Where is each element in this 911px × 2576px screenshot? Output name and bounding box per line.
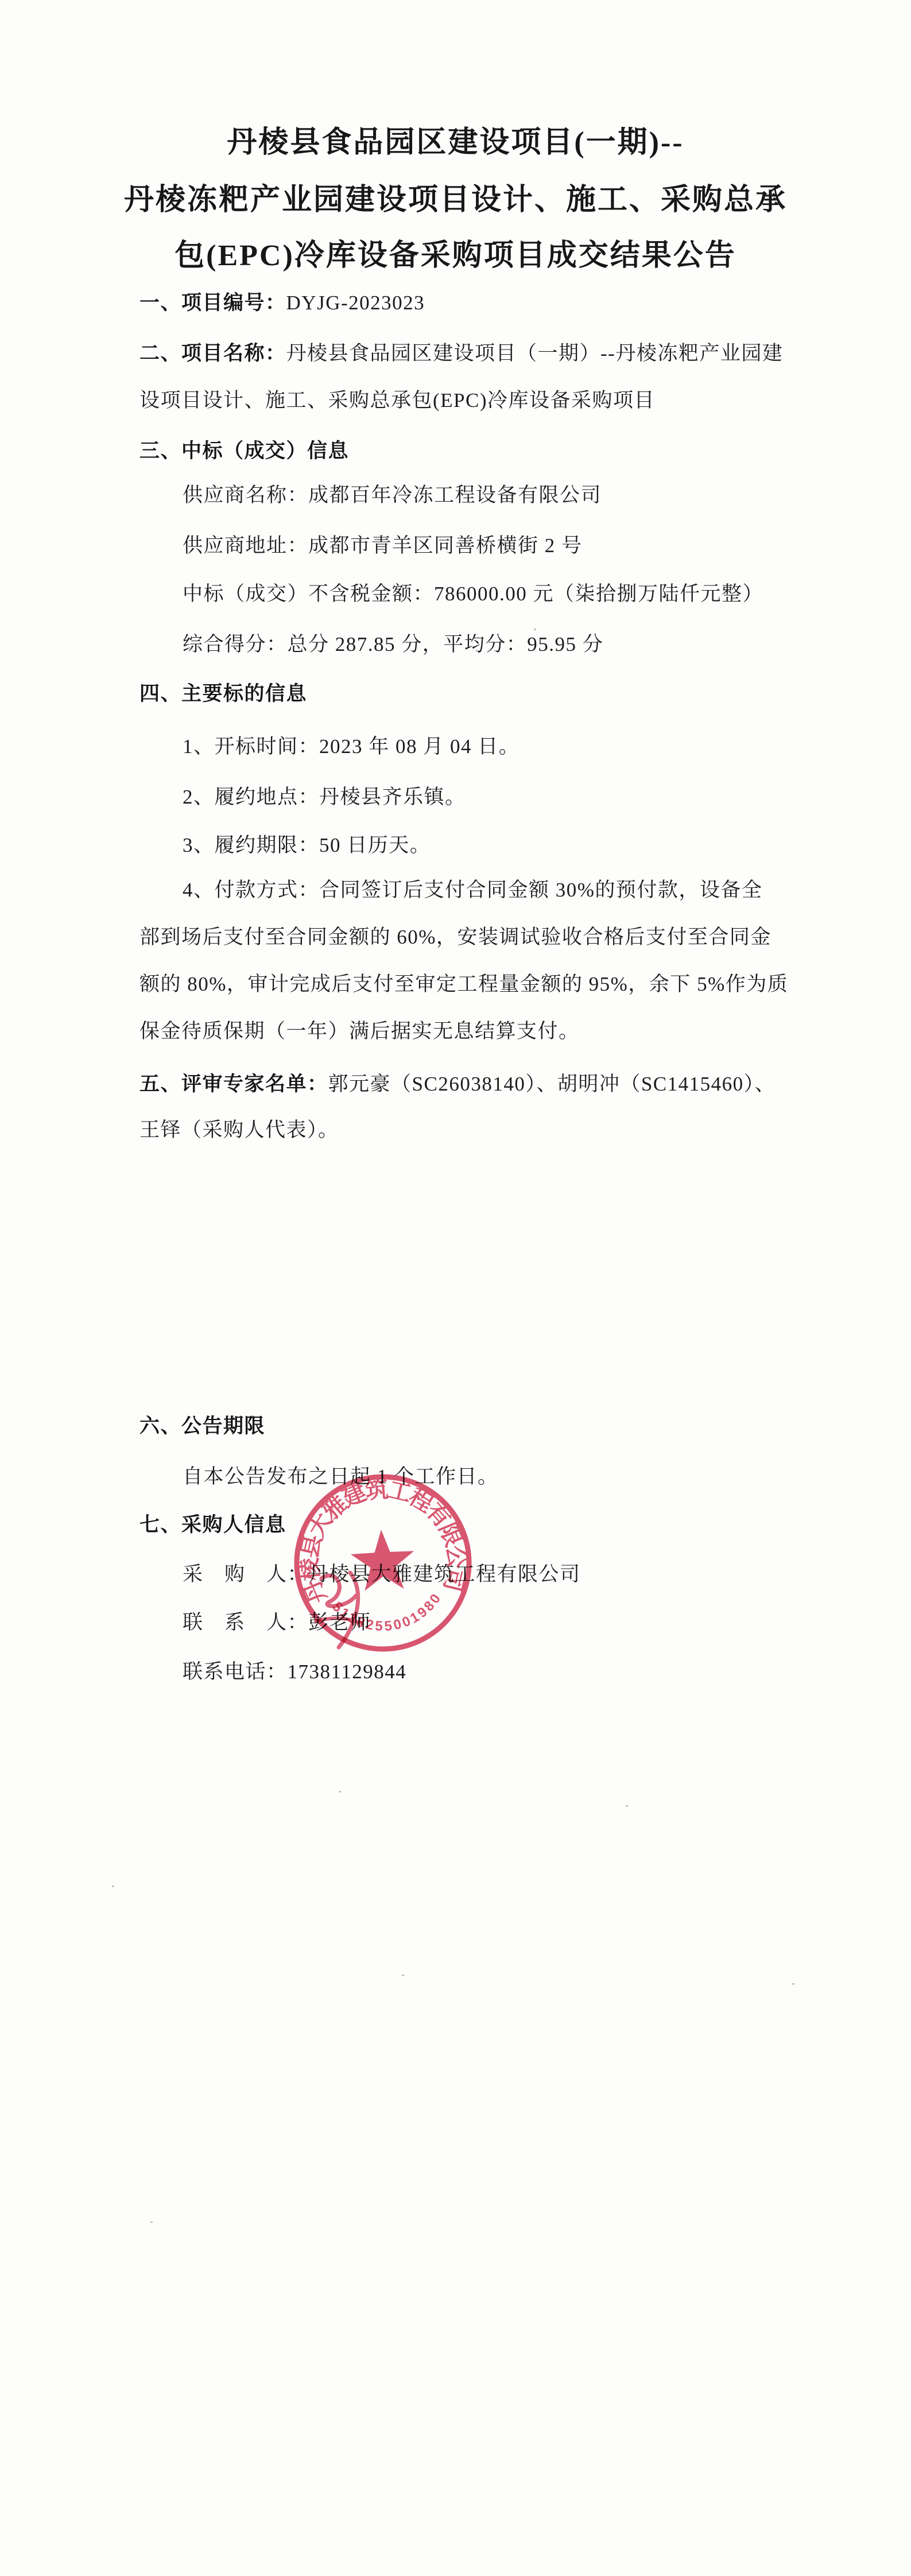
payment-terms-line2: 部到场后支付至合同金额的 60%，安装调试验收合格后支付至合同金 <box>139 926 772 949</box>
experts-continuation: 王铎（采购人代表）。 <box>139 1119 339 1142</box>
document-title-line1: 丹棱县食品园区建设项目(一期)-- <box>0 127 911 159</box>
red-signature-scribble <box>299 1561 448 1676</box>
supplier-address-line: 供应商地址：成都市青羊区同善桥横街 2 号 <box>183 535 583 557</box>
project-number-value: DYJG-2023023 <box>286 292 425 314</box>
main-subject-heading: 四、主要标的信息 <box>139 683 307 705</box>
performance-period-line: 3、履约期限：50 日历天。 <box>183 835 431 857</box>
document-page: 丹棱县食品园区建设项目(一期)-- 丹棱冻粑产业园建设项目设计、施工、采购总承 … <box>0 0 911 2576</box>
supplier-name-line: 供应商名称：成都百年冷冻工程设备有限公司 <box>183 484 602 507</box>
scan-speck <box>534 629 536 630</box>
scan-speck <box>150 2221 153 2223</box>
payment-terms-line4: 保金待质保期（一年）满后据实无息结算支付。 <box>139 1021 580 1043</box>
scan-speck <box>112 1886 114 1887</box>
purchaser-info-heading: 七、采购人信息 <box>139 1514 286 1537</box>
experts-label: 五、评审专家名单： <box>139 1073 328 1095</box>
payment-terms-line3: 额的 80%，审计完成后支付至审定工程量金额的 95%，余下 5%作为质 <box>139 973 788 996</box>
scan-speck <box>792 1983 794 1985</box>
scan-speck <box>402 1974 404 1976</box>
bid-open-time-line: 1、开标时间：2023 年 08 月 04 日。 <box>183 736 520 758</box>
project-number-line: 一、项目编号：DYJG-2023023 <box>139 292 425 315</box>
scan-speck <box>339 1791 341 1793</box>
project-name-continuation: 设项目设计、施工、采购总承包(EPC)冷库设备采购项目 <box>139 390 655 412</box>
experts-line: 五、评审专家名单：郭元豪（SC26038140）、胡明冲（SC1415460）、 <box>139 1073 776 1096</box>
award-amount-line: 中标（成交）不含税金额：786000.00 元（柒拾捌万陆仟元整） <box>183 583 763 606</box>
document-title-line3: 包(EPC)冷库设备采购项目成交结果公告 <box>0 240 911 272</box>
project-name-label: 二、项目名称： <box>139 342 286 364</box>
payment-terms-line1: 4、付款方式：合同签订后支付合同金额 30%的预付款，设备全 <box>183 879 762 902</box>
scan-speck <box>626 1805 628 1807</box>
document-title-line2: 丹棱冻粑产业园建设项目设计、施工、采购总承 <box>0 185 911 216</box>
notice-period-heading: 六、公告期限 <box>139 1415 265 1438</box>
project-name-line: 二、项目名称：丹棱县食品园区建设项目（一期）--丹棱冻粑产业园建 <box>139 343 783 365</box>
performance-place-line: 2、履约地点：丹棱县齐乐镇。 <box>183 786 466 809</box>
score-line: 综合得分：总分 287.85 分，平均分：95.95 分 <box>183 634 603 656</box>
project-number-label: 一、项目编号： <box>139 292 286 314</box>
project-name-value: 丹棱县食品园区建设项目（一期）--丹棱冻粑产业园建 <box>286 342 784 364</box>
award-info-heading: 三、中标（成交）信息 <box>139 440 349 463</box>
experts-value: 郭元豪（SC26038140）、胡明冲（SC1415460）、 <box>328 1073 776 1095</box>
